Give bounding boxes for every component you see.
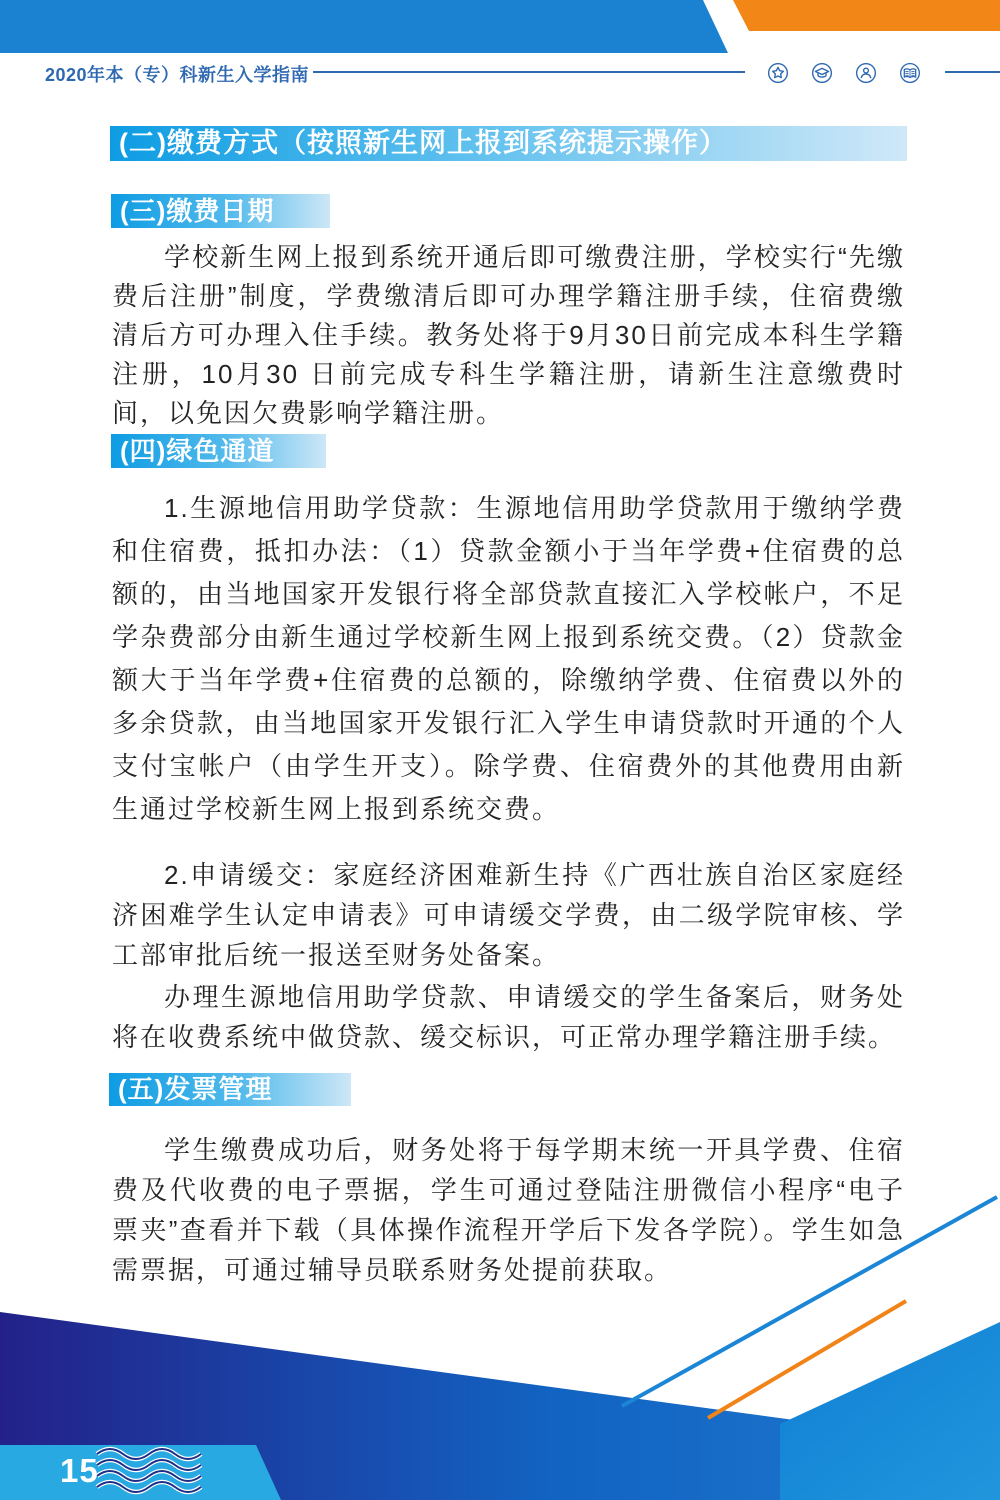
document-page: 2020年本（专）科新生入学指南 (二)缴费方式（按照新生网上报到系统提示操作）…	[0, 0, 1000, 1500]
cyan-wedge-shape	[780, 1322, 1000, 1500]
bottom-decoration	[0, 0, 1000, 1500]
page-number: 15	[60, 1452, 99, 1490]
